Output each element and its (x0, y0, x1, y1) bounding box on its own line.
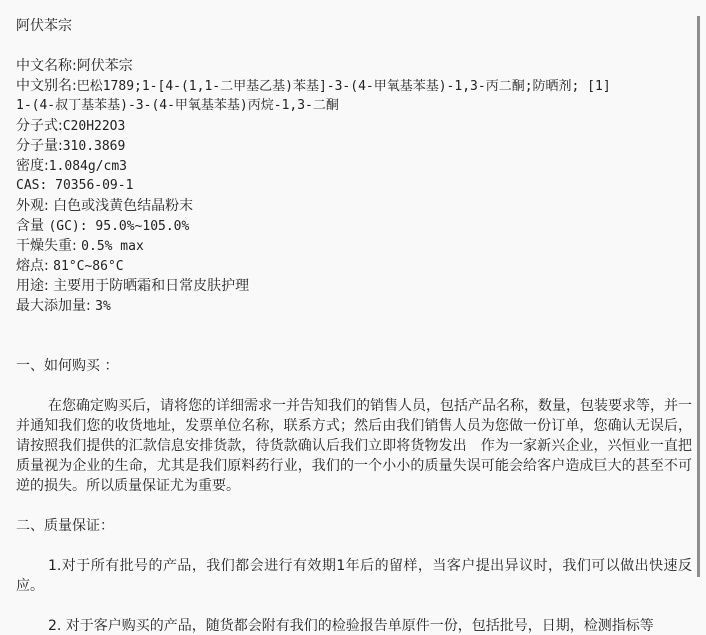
spec-value: 巴松1789;1-[4-(1,1-二甲基乙基)苯基]-3-(4-甲氧基苯基)-1… (77, 79, 611, 94)
spec-appearance: 外观: 白色或浅黄色结晶粉末 (16, 196, 692, 216)
product-title: 阿伏苯宗 (16, 16, 692, 36)
spec-alias-continued: 1-(4-叔丁基苯基)-3-(4-甲氧基苯基)丙烷-1,3-二酮 (16, 96, 692, 116)
spec-alias: 中文别名:巴松1789;1-[4-(1,1-二甲基乙基)苯基]-3-(4-甲氧基… (16, 76, 692, 96)
spec-value: C20H22O3 (63, 119, 126, 134)
spacer (16, 596, 692, 616)
spec-value: 70356-09-1 (55, 178, 133, 193)
document-body: 阿伏苯宗 中文名称:阿伏苯宗 中文别名:巴松1789;1-[4-(1,1-二甲基… (16, 16, 692, 635)
spec-label: 中文名称: (16, 58, 77, 74)
spec-label: 最大添加量: (16, 298, 95, 314)
how-to-buy-paragraph: 在您确定购买后，请将您的详细需求一并告知我们的销售人员，包括产品名称，数量，包装… (16, 396, 692, 496)
spec-content: 含量 (GC): 95.0%~105.0% (16, 216, 692, 236)
spec-loss-on-drying: 干燥失重: 0.5% max (16, 236, 692, 256)
spacer (16, 36, 692, 56)
spec-label: 外观: (16, 198, 53, 214)
spec-value: 310.3869 (63, 139, 126, 154)
spec-max-dosage: 最大添加量: 3% (16, 296, 692, 316)
spec-label: 分子量: (16, 138, 63, 154)
spec-usage: 用途: 主要用于防晒霜和日常皮肤护理 (16, 276, 692, 296)
spec-label: 熔点: (16, 258, 53, 274)
spec-value: 主要用于防晒霜和日常皮肤护理 (53, 278, 249, 294)
spacer (16, 496, 692, 516)
spec-label: 用途: (16, 278, 53, 294)
spec-value: (GC): 95.0%~105.0% (48, 219, 189, 234)
section-heading-quality: 二、质量保证： (16, 516, 692, 536)
spec-value: 1.084g/cm3 (49, 159, 127, 174)
spacer (16, 316, 692, 336)
spec-chinese-name: 中文名称:阿伏苯宗 (16, 56, 692, 76)
spec-label: CAS: (16, 178, 55, 193)
spacer (16, 376, 692, 396)
spec-formula: 分子式:C20H22O3 (16, 116, 692, 136)
spec-density: 密度:1.084g/cm3 (16, 156, 692, 176)
spec-value: 1-(4-叔丁基苯基)-3-(4-甲氧基苯基)丙烷-1,3-二酮 (16, 98, 339, 113)
spec-label: 密度: (16, 158, 49, 174)
spec-value: 0.5% max (81, 239, 144, 254)
spec-label: 分子式: (16, 118, 63, 134)
quality-item-2: 2. 对于客户购买的产品，随货都会附有我们的检验报告单原件一份，包括批号，日期，… (16, 616, 692, 635)
quality-item-1: 1.对于所有批号的产品，我们都会进行有效期1年后的留样，当客户提出异议时，我们可… (16, 556, 692, 596)
section-heading-how-to-buy: 一、如何购买 ： (16, 356, 692, 376)
spec-cas: CAS: 70356-09-1 (16, 176, 692, 196)
spec-label: 中文别名: (16, 78, 77, 94)
spec-value: 3% (95, 299, 111, 314)
spacer (16, 536, 692, 556)
spec-melting-point: 熔点: 81°C~86°C (16, 256, 692, 276)
spec-molecular-weight: 分子量:310.3869 (16, 136, 692, 156)
spec-value: 阿伏苯宗 (77, 58, 133, 74)
vertical-divider (697, 16, 700, 577)
spacer (16, 336, 692, 356)
spec-label: 含量 (16, 218, 48, 234)
spec-value: 81°C~86°C (53, 259, 123, 274)
spec-value: 白色或浅黄色结晶粉末 (53, 198, 193, 214)
spec-label: 干燥失重: (16, 238, 81, 254)
